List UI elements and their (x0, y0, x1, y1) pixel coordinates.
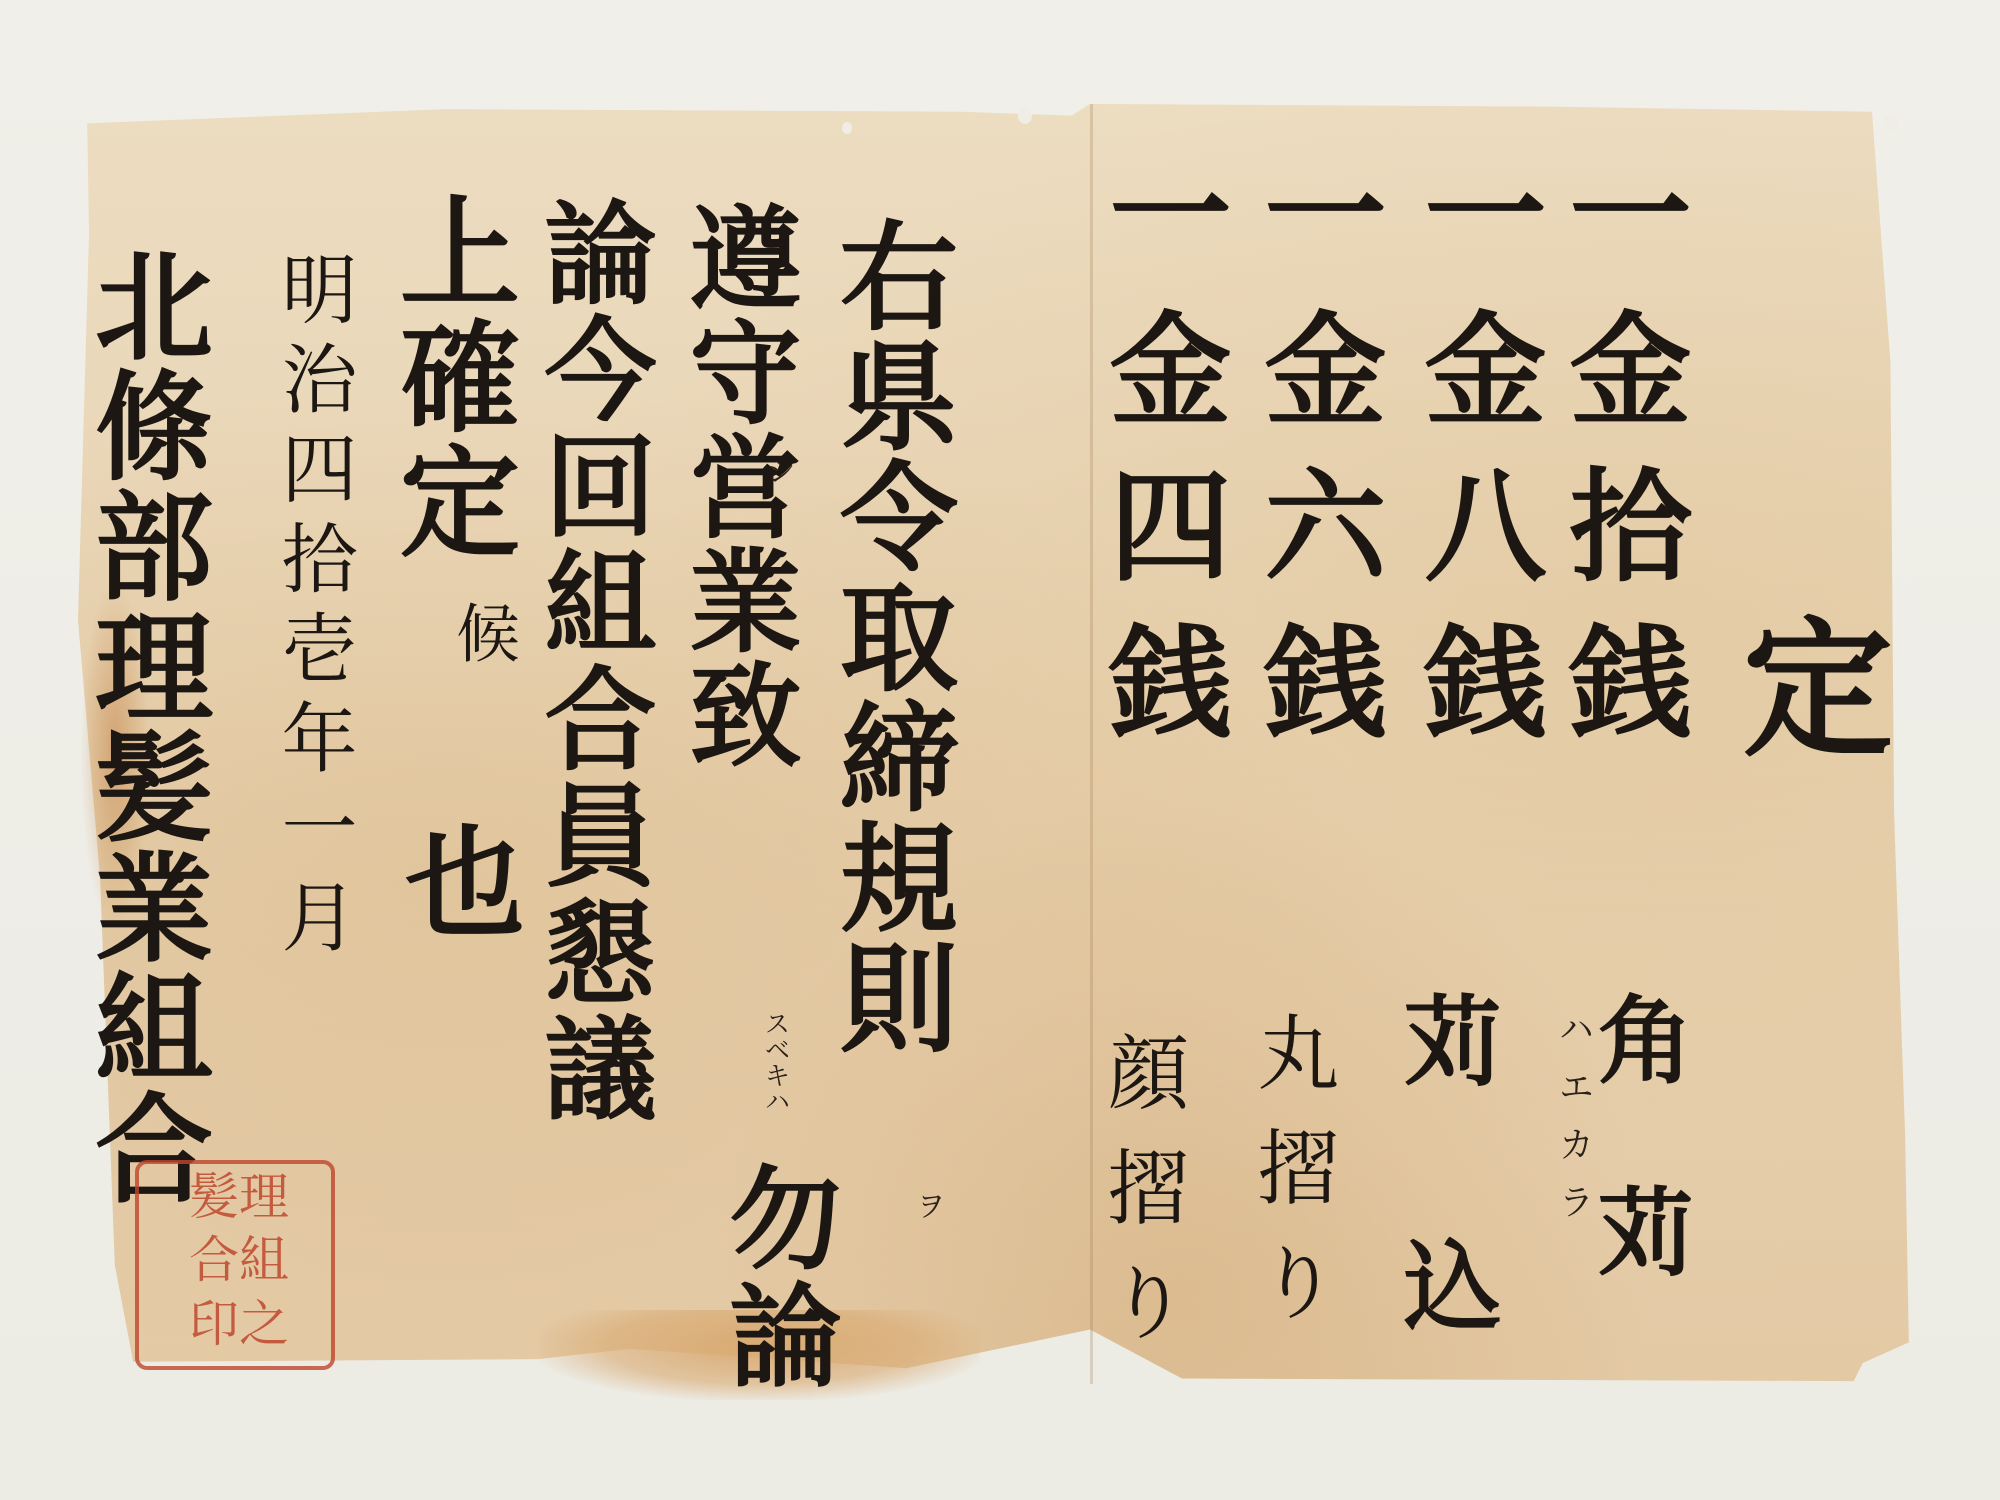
price-row-1: 一金拾銭 (1560, 150, 1682, 775)
date: 明治四拾壱年一月 (275, 250, 351, 967)
regulation-col-4-tail: 也 (395, 820, 515, 946)
seal-char: 理髪 (185, 1170, 285, 1233)
ruby-subekiha: スベキハ (762, 1010, 788, 1114)
service-maruzuri: 丸摺り (1250, 1010, 1332, 1354)
guild-seal: 理髪 組合 之印 (135, 1160, 335, 1370)
service-kaozuri: 顔摺り (1100, 1030, 1182, 1374)
ruby-wo: ヲ (912, 1190, 942, 1220)
regulation-col-4: 上確定 (390, 190, 510, 564)
regulation-col-2: 遵守営業致 (680, 200, 792, 771)
paper-hole (1018, 108, 1032, 124)
seal-char: 組合 (185, 1233, 285, 1296)
regulation-col-3: 論今回組合員懇議 (535, 195, 647, 1127)
price-row-4: 一金四銭 (1100, 150, 1222, 775)
issuer-name: 北條部理髪業組合 (85, 245, 203, 1208)
service-note-haekara: ハエカラ (1555, 1010, 1591, 1240)
regulation-col-2-tail: 勿論 (720, 1160, 832, 1395)
price-row-3: 一金六銭 (1255, 150, 1377, 775)
seal-char: 之印 (185, 1297, 285, 1360)
regulation-col-1: 右県令取締規則 (830, 215, 948, 1058)
paper-hole (842, 122, 852, 134)
heading-sadame: 定 (1730, 610, 1880, 768)
paper-hole (1884, 114, 1898, 130)
price-row-2: 一金八銭 (1415, 150, 1537, 775)
service-karikomi: 苅込 (1395, 990, 1493, 1480)
regulation-col-4-small: 候 (450, 600, 514, 667)
service-kakugari: 角苅 (1590, 990, 1686, 1374)
ruby-shi: シ (762, 455, 792, 485)
